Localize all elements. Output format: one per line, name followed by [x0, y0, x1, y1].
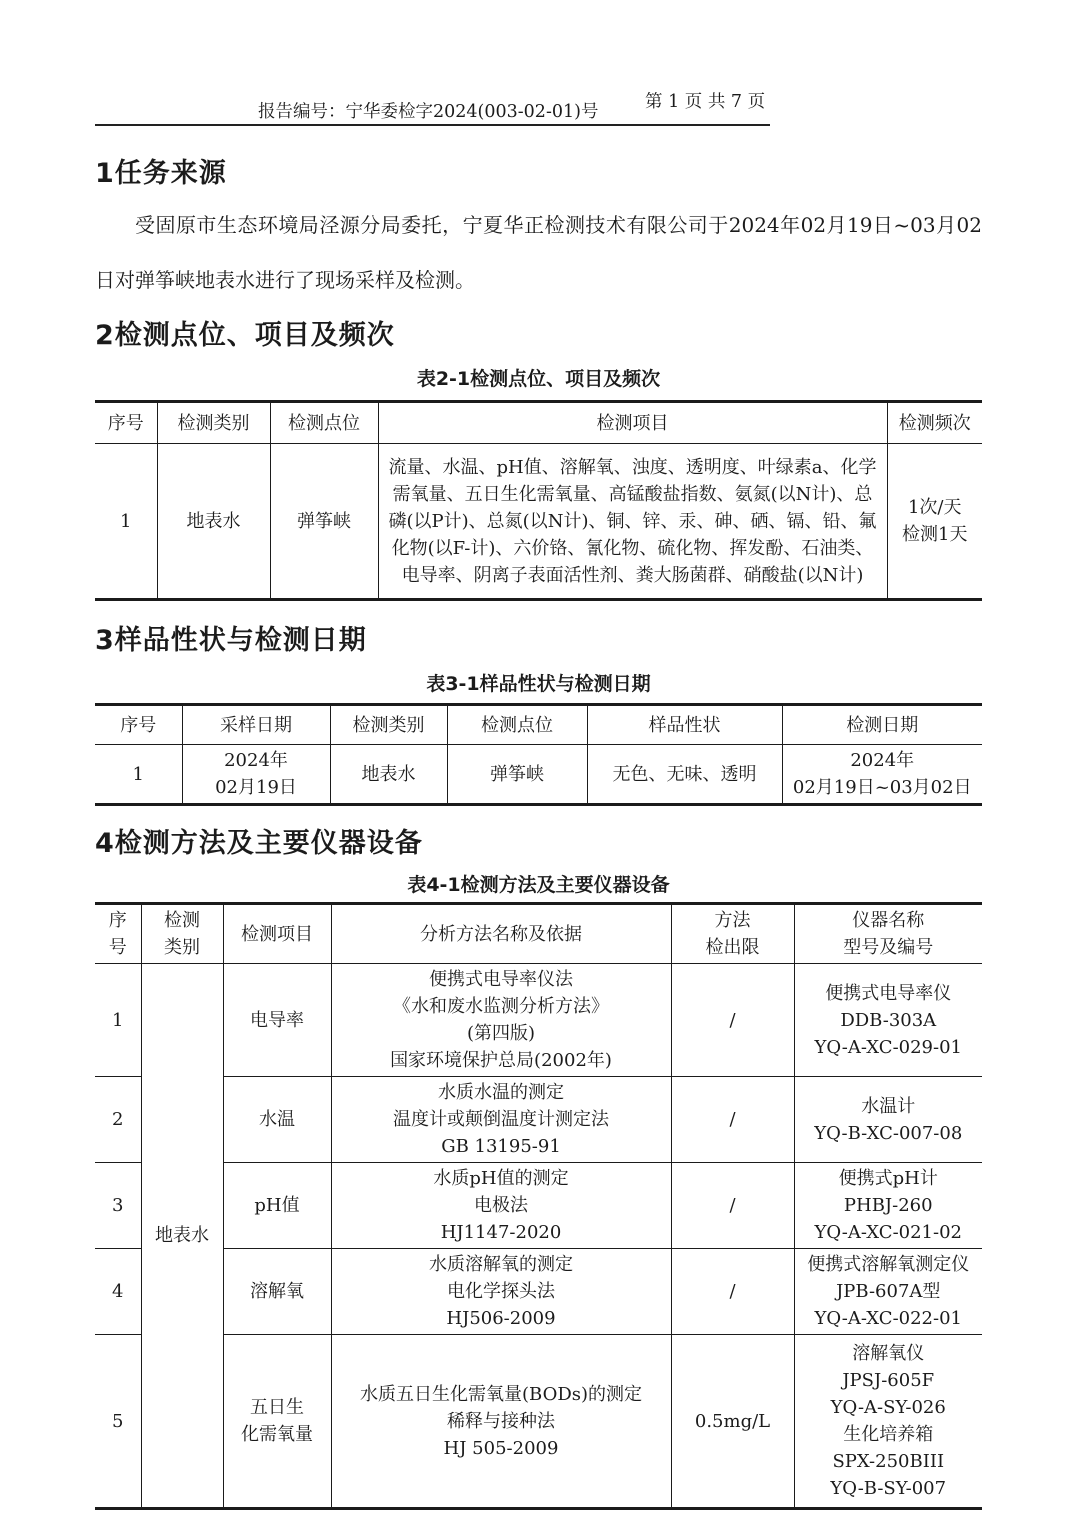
cell-site: 弹筝峡	[447, 745, 587, 805]
col-header-method: 分析方法名称及依据	[331, 904, 671, 964]
col-header-site: 检测点位	[447, 705, 587, 745]
table-row: 5 五日生 化需氧量 水质五日生化需氧量(BODs)的测定 稀释与接种法 HJ …	[95, 1335, 982, 1509]
cell-seq: 4	[95, 1249, 141, 1335]
section-heading-task-source: 1任务来源	[95, 156, 982, 192]
cell-limit: 0.5mg/L	[671, 1335, 794, 1509]
cell-category: 地表水	[330, 745, 447, 805]
col-header-category: 检测类别	[157, 402, 270, 444]
document-page: 报告编号：宁华委检字2024(003-02-01)号 第 1 页 共 7 页 1…	[0, 88, 1075, 1510]
col-header-category: 检测类别	[330, 705, 447, 745]
col-header-instrument: 仪器名称 型号及编号	[794, 904, 982, 964]
cell-seq: 1	[95, 444, 157, 600]
table-caption-3-1: 表3-1样品性状与检测日期	[95, 671, 982, 697]
cell-frequency: 1次/天 检测1天	[887, 444, 982, 600]
cell-category: 地表水	[157, 444, 270, 600]
cell-limit: /	[671, 1077, 794, 1163]
cell-character: 无色、无味、透明	[587, 745, 782, 805]
col-header-limit: 方法 检出限	[671, 904, 794, 964]
cell-item: 水温	[223, 1077, 331, 1163]
cell-limit: /	[671, 964, 794, 1077]
report-number: 报告编号：宁华委检字2024(003-02-01)号	[258, 98, 598, 123]
table-caption-2-1: 表2-1检测点位、项目及频次	[95, 366, 982, 392]
cell-sampling-date: 2024年 02月19日	[182, 745, 330, 805]
cell-item: pH值	[223, 1163, 331, 1249]
cell-item: 溶解氧	[223, 1249, 331, 1335]
section-heading-methods: 4检测方法及主要仪器设备	[95, 826, 982, 862]
table-row: 1 地表水 电导率 便携式电导率仪法 《水和废水监测分析方法》 (第四版) 国家…	[95, 964, 982, 1077]
section-heading-samples: 3样品性状与检测日期	[95, 623, 982, 659]
col-header-items: 检测项目	[378, 402, 887, 444]
cell-limit: /	[671, 1163, 794, 1249]
cell-method: 便携式电导率仪法 《水和废水监测分析方法》 (第四版) 国家环境保护总局(200…	[331, 964, 671, 1077]
cell-category-merged: 地表水	[141, 964, 223, 1509]
cell-method: 水质溶解氧的测定 电化学探头法 HJ506-2009	[331, 1249, 671, 1335]
table-row: 2 水温 水质水温的测定 温度计或颠倒温度计测定法 GB 13195-91 / …	[95, 1077, 982, 1163]
col-header-item: 检测项目	[223, 904, 331, 964]
col-header-sampling-date: 采样日期	[182, 705, 330, 745]
methods-table: 序 号 检测 类别 检测项目 分析方法名称及依据 方法 检出限 仪器名称 型号及…	[95, 902, 982, 1510]
cell-items: 流量、水温、pH值、溶解氧、浊度、透明度、叶绿素a、化学需氧量、五日生化需氧量、…	[378, 444, 887, 600]
samples-table: 序号 采样日期 检测类别 检测点位 样品性状 检测日期 1 2024年 02月1…	[95, 703, 982, 806]
cell-instrument: 水温计 YQ-B-XC-007-08	[794, 1077, 982, 1163]
col-header-test-date: 检测日期	[782, 705, 982, 745]
task-source-paragraph: 受固原市生态环境局泾源分局委托，宁夏华正检测技术有限公司于2024年02月19日…	[95, 198, 982, 308]
page-header: 报告编号：宁华委检字2024(003-02-01)号 第 1 页 共 7 页	[95, 88, 770, 126]
cell-instrument: 便携式电导率仪 DDB-303A YQ-A-XC-029-01	[794, 964, 982, 1077]
table-header-row: 序号 检测类别 检测点位 检测项目 检测频次	[95, 402, 982, 444]
col-header-frequency: 检测频次	[887, 402, 982, 444]
cell-seq: 2	[95, 1077, 141, 1163]
cell-instrument: 溶解氧仪 JPSJ-605F YQ-A-SY-026 生化培养箱 SPX-250…	[794, 1335, 982, 1509]
col-header-seq: 序 号	[95, 904, 141, 964]
col-header-seq: 序号	[95, 402, 157, 444]
cell-seq: 5	[95, 1335, 141, 1509]
table-caption-4-1: 表4-1检测方法及主要仪器设备	[95, 872, 982, 898]
table-row: 4 溶解氧 水质溶解氧的测定 电化学探头法 HJ506-2009 / 便携式溶解…	[95, 1249, 982, 1335]
col-header-site: 检测点位	[270, 402, 378, 444]
page-indicator: 第 1 页 共 7 页	[645, 88, 765, 113]
table-header-row: 序 号 检测 类别 检测项目 分析方法名称及依据 方法 检出限 仪器名称 型号及…	[95, 904, 982, 964]
cell-item: 五日生 化需氧量	[223, 1335, 331, 1509]
cell-seq: 1	[95, 745, 182, 805]
cell-method: 水质pH值的测定 电极法 HJ1147-2020	[331, 1163, 671, 1249]
col-header-seq: 序号	[95, 705, 182, 745]
table-header-row: 序号 采样日期 检测类别 检测点位 样品性状 检测日期	[95, 705, 982, 745]
cell-method: 水质五日生化需氧量(BODs)的测定 稀释与接种法 HJ 505-2009	[331, 1335, 671, 1509]
table-row: 3 pH值 水质pH值的测定 电极法 HJ1147-2020 / 便携式pH计 …	[95, 1163, 982, 1249]
cell-seq: 3	[95, 1163, 141, 1249]
cell-limit: /	[671, 1249, 794, 1335]
table-row: 1 地表水 弹筝峡 流量、水温、pH值、溶解氧、浊度、透明度、叶绿素a、化学需氧…	[95, 444, 982, 600]
col-header-character: 样品性状	[587, 705, 782, 745]
cell-instrument: 便携式溶解氧测定仪 JPB-607A型 YQ-A-XC-022-01	[794, 1249, 982, 1335]
points-table: 序号 检测类别 检测点位 检测项目 检测频次 1 地表水 弹筝峡 流量、水温、p…	[95, 400, 982, 601]
cell-test-date: 2024年 02月19日~03月02日	[782, 745, 982, 805]
cell-item: 电导率	[223, 964, 331, 1077]
col-header-category: 检测 类别	[141, 904, 223, 964]
cell-instrument: 便携式pH计 PHBJ-260 YQ-A-XC-021-02	[794, 1163, 982, 1249]
cell-site: 弹筝峡	[270, 444, 378, 600]
cell-seq: 1	[95, 964, 141, 1077]
section-heading-points: 2检测点位、项目及频次	[95, 318, 982, 354]
cell-method: 水质水温的测定 温度计或颠倒温度计测定法 GB 13195-91	[331, 1077, 671, 1163]
table-row: 1 2024年 02月19日 地表水 弹筝峡 无色、无味、透明 2024年 02…	[95, 745, 982, 805]
